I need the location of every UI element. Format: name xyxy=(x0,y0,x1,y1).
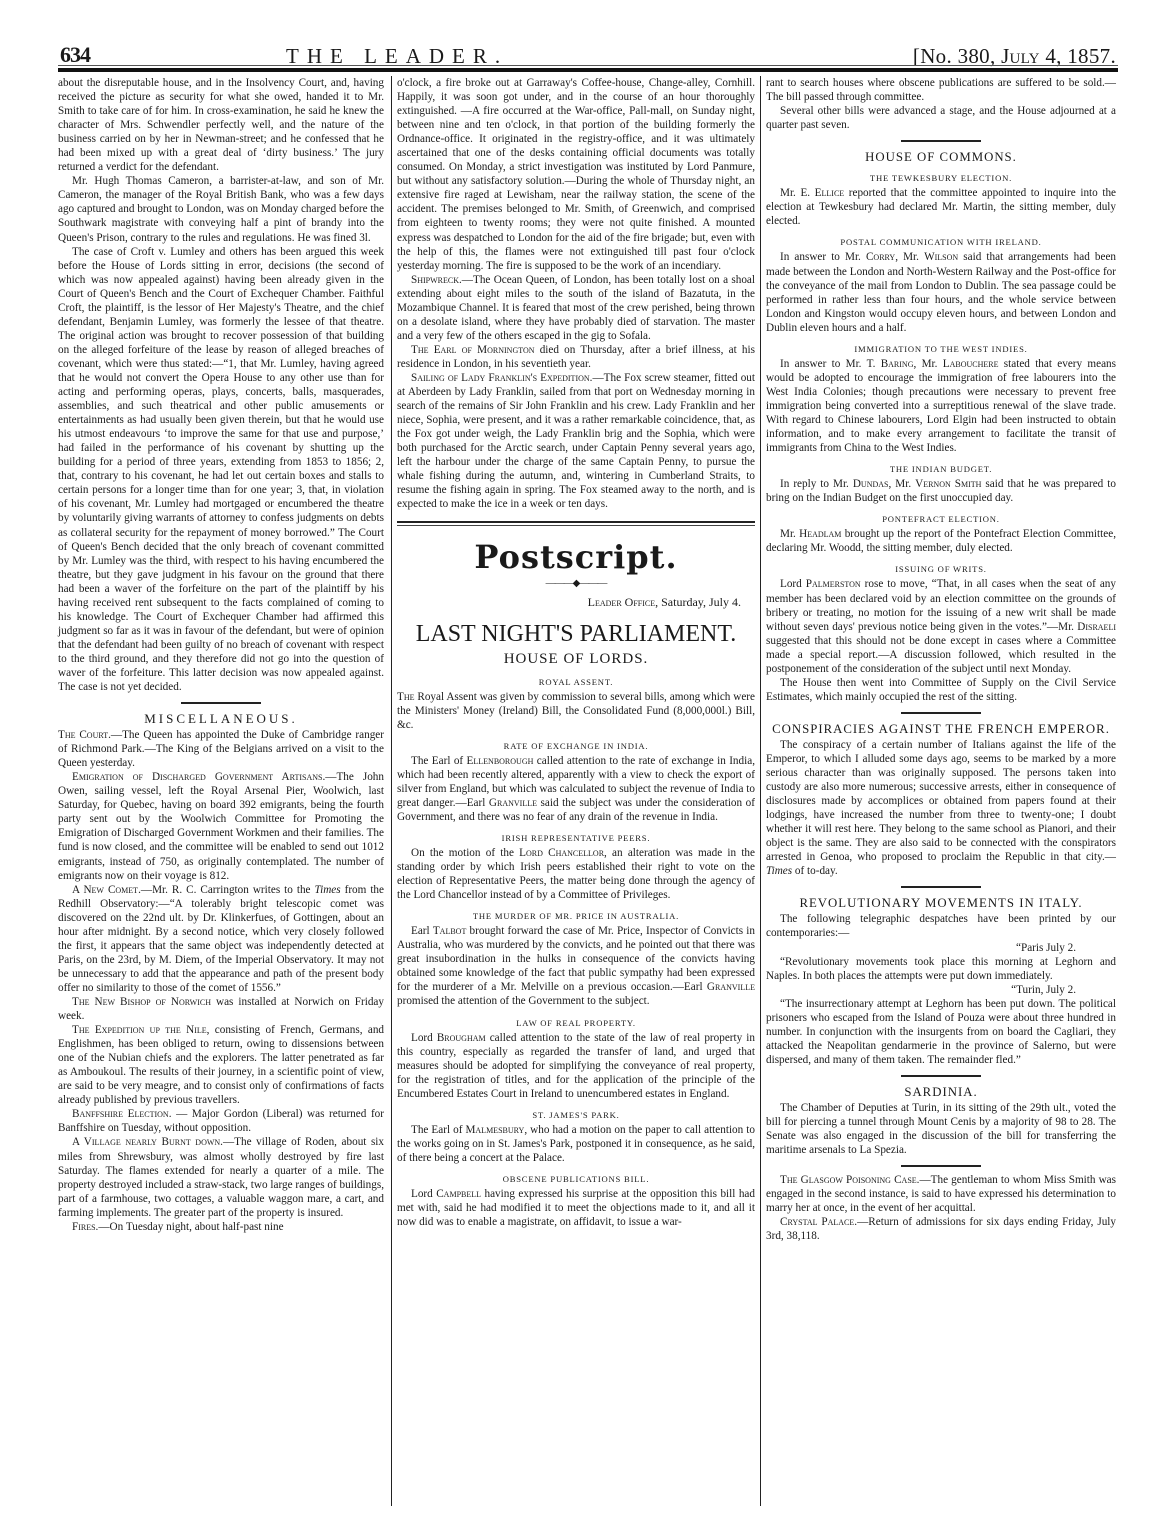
section-divider xyxy=(181,702,261,704)
article-paragraph: about the disreputable house, and in the… xyxy=(58,76,384,174)
despatch-paris: “Revolutionary movements took place this… xyxy=(766,955,1116,983)
ornament-divider: ———◆——— xyxy=(397,577,755,591)
subheading-irish-peers: Irish Representative Peers. xyxy=(397,831,755,845)
subheading-obscene-publications: Obscene Publications Bill. xyxy=(397,1172,755,1186)
news-item-court: The Court.—The Queen has appointed the D… xyxy=(58,728,384,770)
report-immigration: In answer to Mr. T. Baring, Mr. Labouche… xyxy=(766,357,1116,455)
report-law-of-real-property: Lord Brougham called attention to the st… xyxy=(397,1031,755,1101)
heading-sardinia: SARDINIA. xyxy=(766,1085,1116,1099)
news-item-nile: The Expedition up the Nile, consisting o… xyxy=(58,1023,384,1107)
subheading-tewkesbury: The Tewkesbury Election. xyxy=(766,171,1116,185)
column-divider-1 xyxy=(391,76,392,1506)
column-2: o'clock, a fire broke out at Garraway's … xyxy=(397,76,755,1229)
report-irish-peers: On the motion of the Lord Chancellor, an… xyxy=(397,846,755,902)
subheading-immigration: Immigration to the West Indies. xyxy=(766,342,1116,356)
subheading-royal-assent: Royal Assent. xyxy=(397,675,755,689)
report-postal: In answer to Mr. Corry, Mr. Wilson said … xyxy=(766,250,1116,334)
section-heading-miscellaneous: MISCELLANEOUS. xyxy=(58,712,384,726)
subheading-rate-of-exchange: Rate of Exchange in India. xyxy=(397,739,755,753)
news-item-franklin: Sailing of Lady Franklin's Expedition.—T… xyxy=(397,371,755,511)
section-divider xyxy=(901,1075,981,1077)
report-obscene-publications: Lord Campbell having expressed his surpr… xyxy=(397,1187,755,1229)
subheading-murder-of-price: The Murder of Mr. Price in Australia. xyxy=(397,909,755,923)
article-conspiracies: The conspiracy of a certain number of It… xyxy=(766,738,1116,878)
subheading-indian-budget: The Indian Budget. xyxy=(766,462,1116,476)
news-item-shipwreck: Shipwreck.—The Ocean Queen, of London, h… xyxy=(397,273,755,343)
news-item-bishop: The New Bishop of Norwich was installed … xyxy=(58,995,384,1023)
news-item-banffshire: Banffshire Election. — Major Gordon (Lib… xyxy=(58,1107,384,1135)
section-divider xyxy=(901,712,981,714)
article-sardinia: The Chamber of Deputies at Turin, in its… xyxy=(766,1101,1116,1157)
column-divider-2 xyxy=(760,76,761,1506)
report-tewkesbury: Mr. E. Ellice reported that the committe… xyxy=(766,186,1116,228)
postscript-section: Postscript. ———◆——— Leader Office, Satur… xyxy=(397,521,755,667)
column-1: about the disreputable house, and in the… xyxy=(58,76,384,1234)
dateline-turin: “Turin, July 2. xyxy=(766,983,1116,997)
heading-conspiracies: CONSPIRACIES AGAINST THE FRENCH EMPEROR. xyxy=(766,722,1116,736)
subheading-postal: Postal Communication with Ireland. xyxy=(766,235,1116,249)
section-divider xyxy=(901,1165,981,1167)
report-st-james-park: The Earl of Malmesbury, who had a motion… xyxy=(397,1123,755,1165)
despatch-turin: “The insurrectionary attempt at Leghorn … xyxy=(766,997,1116,1067)
news-item-emigration: Emigration of Discharged Government Arti… xyxy=(58,770,384,882)
report-issuing-of-writs: Lord Palmerston rose to move, “That, in … xyxy=(766,577,1116,675)
subheading-law-of-real-property: Law of Real Property. xyxy=(397,1016,755,1030)
news-item-comet: A New Comet.—Mr. R. C. Carrington writes… xyxy=(58,883,384,995)
heading-revolutionary-movements: REVOLUTIONARY MOVEMENTS IN ITALY. xyxy=(766,896,1116,910)
masthead-rule xyxy=(58,68,1118,72)
news-item-village: A Village nearly Burnt down.—The village… xyxy=(58,1135,384,1219)
section-divider xyxy=(901,886,981,888)
report-adjournment: Several other bills were advanced a stag… xyxy=(766,104,1116,132)
news-item-fires: Fires.—On Tuesday night, about half-past… xyxy=(58,1220,384,1234)
dateline-paris: “Paris July 2. xyxy=(766,941,1116,955)
news-item-mornington: The Earl of Mornington died on Thursday,… xyxy=(397,343,755,371)
postscript-dateline: Leader Office, Saturday, July 4. xyxy=(397,595,755,609)
article-paragraph: The case of Croft v. Lumley and others h… xyxy=(58,245,384,695)
column-3: rant to search houses where obscene publ… xyxy=(766,76,1116,1243)
news-item-glasgow: The Glasgow Poisoning Case.—The gentlema… xyxy=(766,1173,1116,1215)
report-supply: The House then went into Committee of Su… xyxy=(766,676,1116,704)
report-pontefract: Mr. Headlam brought up the report of the… xyxy=(766,527,1116,555)
masthead: 634 THE LEADER. [No. 380, July 4, 1857. xyxy=(58,30,1118,68)
subheading-st-james-park: St. James's Park. xyxy=(397,1108,755,1122)
section-divider xyxy=(901,140,981,142)
article-paragraph: Mr. Hugh Thomas Cameron, a barrister-at-… xyxy=(58,174,384,244)
article-italy-intro: The following telegraphic despatches hav… xyxy=(766,912,1116,940)
news-item-fires-continued: o'clock, a fire broke out at Garraway's … xyxy=(397,76,755,273)
heading-house-of-commons: HOUSE OF COMMONS. xyxy=(766,150,1116,164)
subheading-issuing-of-writs: Issuing of Writs. xyxy=(766,562,1116,576)
subheading-pontefract: Pontefract Election. xyxy=(766,512,1116,526)
news-item-crystal-palace: Crystal Palace.—Return of admissions for… xyxy=(766,1215,1116,1243)
report-rate-of-exchange: The Earl of Ellenborough called attentio… xyxy=(397,754,755,824)
heading-house-of-lords: HOUSE OF LORDS. xyxy=(397,650,755,668)
report-royal-assent: The Royal Assent was given by commission… xyxy=(397,690,755,732)
postscript-title: Postscript. xyxy=(397,537,755,577)
report-indian-budget: In reply to Mr. Dundas, Mr. Vernon Smith… xyxy=(766,477,1116,505)
report-murder-of-price: Earl Talbot brought forward the case of … xyxy=(397,924,755,1008)
headline-last-nights-parliament: LAST NIGHT'S PARLIAMENT. xyxy=(397,620,755,648)
report-obscene-continued: rant to search houses where obscene publ… xyxy=(766,76,1116,104)
